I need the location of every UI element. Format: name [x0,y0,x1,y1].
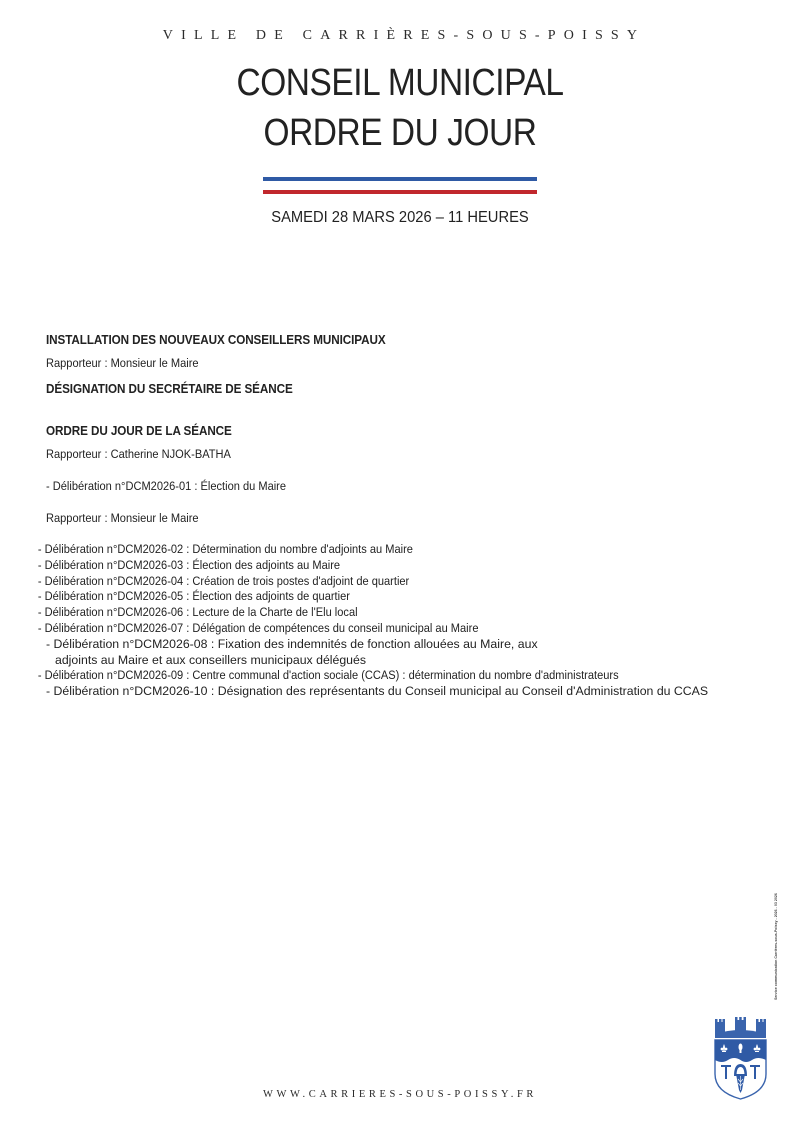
city-name: VILLE DE CARRIÈRES-SOUS-POISSY [0,28,800,44]
flag-divider-blue [263,177,537,181]
rapporteur-installation: Rapporteur : Monsieur le Maire [46,355,746,371]
agenda-content: INSTALLATION DES NOUVEAUX CONSEILLERS MU… [46,331,746,700]
deliberation-item-02: - Délibération n°DCM2026-02 : Déterminat… [46,542,746,558]
flag-divider-red [263,190,537,194]
rapporteur-ordre-du-jour: Rapporteur : Catherine NJOK-BATHA [46,446,746,462]
deliberation-item-06: - Délibération n°DCM2026-06 : Lecture de… [46,605,746,621]
footer-website-url[interactable]: WWW.CARRIERES-SOUS-POISSY.FR [0,1089,800,1100]
deliberation-item-01: - Délibération n°DCM2026-01 : Élection d… [46,478,746,494]
deliberation-item-07: - Délibération n°DCM2026-07 : Délégation… [46,621,746,637]
deliberation-item-04: - Délibération n°DCM2026-04 : Création d… [46,574,746,590]
deliberation-list: - Délibération n°DCM2026-02 : Déterminat… [46,542,746,700]
deliberation-item-09: - Délibération n°DCM2026-09 : Centre com… [46,668,746,684]
meeting-date: SAMEDI 28 MARS 2026 – 11 HEURES [32,209,768,227]
section-heading-designation: DÉSIGNATION DU SECRÉTAIRE DE SÉANCE [46,380,746,398]
rapporteur-second: Rapporteur : Monsieur le Maire [46,510,746,526]
side-credit-text: Service communication Carrières-sous-Poi… [774,860,782,1000]
deliberation-item-03: - Délibération n°DCM2026-03 : Élection d… [46,558,746,574]
deliberation-item-08: - Délibération n°DCM2026-08 : Fixation d… [46,637,575,669]
section-heading-ordre-du-jour: ORDRE DU JOUR DE LA SÉANCE [46,422,746,440]
section-heading-installation: INSTALLATION DES NOUVEAUX CONSEILLERS MU… [46,331,746,349]
deliberation-item-10: - Délibération n°DCM2026-10 : Désignatio… [46,684,755,700]
deliberation-item-05: - Délibération n°DCM2026-05 : Élection d… [46,589,746,605]
page-title-line-2: ORDRE DU JOUR [48,114,752,152]
page-title-line-1: CONSEIL MUNICIPAL [48,64,752,102]
city-coat-of-arms-icon [712,1016,769,1100]
